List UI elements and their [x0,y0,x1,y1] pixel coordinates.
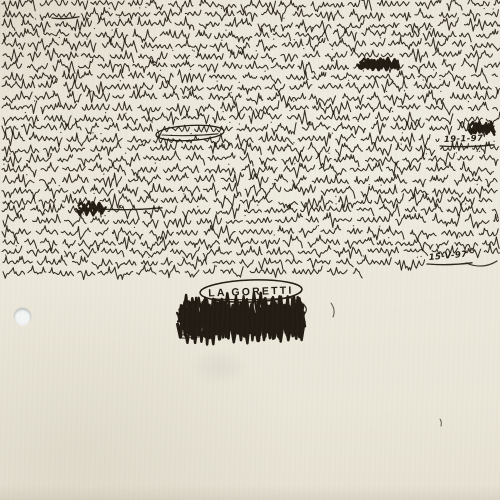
end-date: 15-V-97 [428,250,468,263]
paper-smudge [190,350,248,384]
inline-date: 19-1-97 [444,134,484,145]
hole-punch [14,308,31,325]
handwriting-layer: 19-1-97 15-V-97 LA GORETTI [0,0,500,500]
handwriting-strokes [2,0,500,280]
manuscript-page: 19-1-97 15-V-97 LA GORETTI [0,0,500,500]
